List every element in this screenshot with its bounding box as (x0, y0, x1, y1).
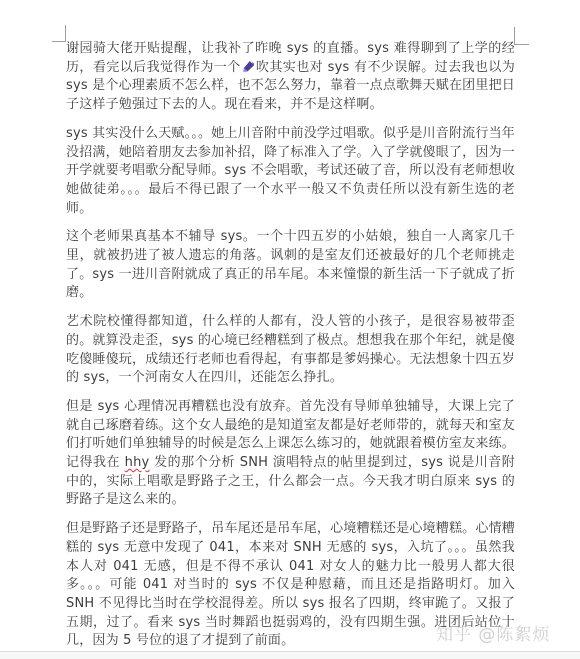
document-body: 谢园骑大佬开贴提醒，让我补了昨晚 sys 的直播。sys 难得聊到了上学的经历，… (66, 40, 515, 651)
document-page: 谢园骑大佬开贴提醒，让我补了昨晚 sys 的直播。sys 难得聊到了上学的经历，… (0, 0, 580, 659)
page-bottom-edge (0, 651, 580, 659)
margin-corner-top-left-icon (52, 25, 66, 42)
pen-icon (242, 60, 255, 73)
margin-corner-top-right-icon (514, 27, 529, 45)
paragraph-1: 谢园骑大佬开贴提醒，让我补了昨晚 sys 的直播。sys 难得聊到了上学的经历，… (66, 40, 515, 115)
paragraph-3: 这个老师果真基本不辅导 sys。一个十四五岁的小姑娘，独自一人离家几千里，就被扔… (66, 228, 515, 303)
misspelled-word: hhy (125, 455, 150, 470)
paragraph-2: sys 其实没什么天赋。。。她上川音附中前没学过唱歌。似乎是川音附流行当年没招满… (66, 125, 515, 219)
paragraph-5: 但是 sys 心理情况再糟糕也没有放弃。首先没有导师单独辅导，大课上完了就自己琢… (66, 398, 515, 510)
paragraph-6: 但是野路子还是野路子，吊车尾还是吊车尾，心境糟糕还是心境糟糕。心情糟糕的 sys… (66, 520, 515, 651)
paragraph-4: 艺术院校懂得都知道，什么样的人都有，没人管的小孩子，是很容易被带歪的。就算没走歪… (66, 313, 515, 388)
